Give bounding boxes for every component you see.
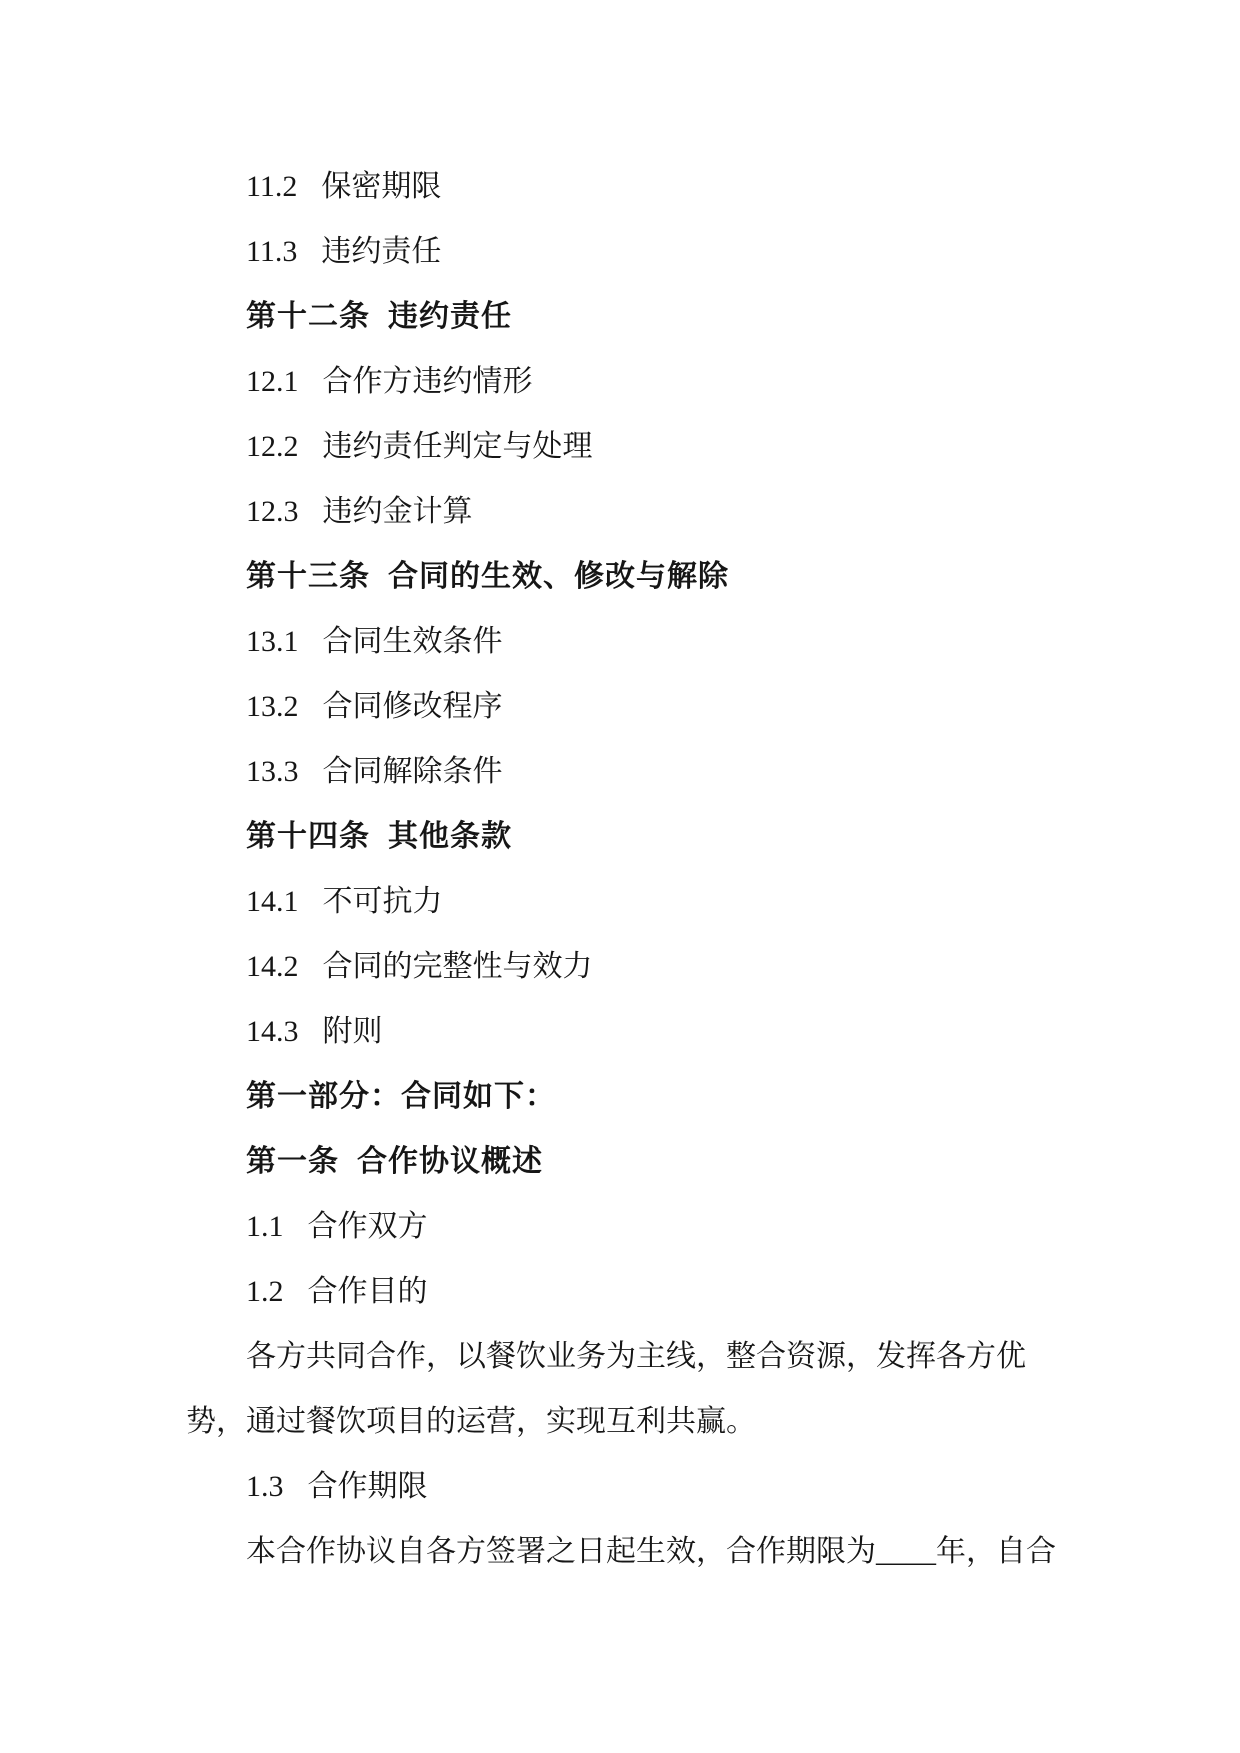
toc-item: 13.3合同解除条件 <box>186 739 1054 804</box>
item-label: 保密期限 <box>321 170 441 203</box>
heading-number: 第十四条 <box>246 819 370 854</box>
document-content: 11.2保密期限11.3违约责任第十二条违约责任12.1合作方违约情形12.2违… <box>186 154 1054 1584</box>
toc-item: 14.3附则 <box>186 999 1054 1064</box>
heading-label: 合同的生效、修改与解除 <box>388 559 729 594</box>
item-number: 12.2 <box>246 430 299 463</box>
heading-label: 违约责任 <box>388 299 512 334</box>
item-number: 14.1 <box>246 885 299 918</box>
item-label: 合同的完整性与效力 <box>323 950 593 983</box>
item-number: 13.1 <box>246 625 299 658</box>
toc-item: 14.1不可抗力 <box>186 869 1054 934</box>
item-label: 违约责任判定与处理 <box>323 430 593 463</box>
item-number: 1.3 <box>246 1470 284 1503</box>
heading-number: 第一条 <box>246 1144 339 1179</box>
section-heading: 第十三条合同的生效、修改与解除 <box>186 544 1054 609</box>
item-number: 13.2 <box>246 690 299 723</box>
item-label: 合作期限 <box>308 1470 428 1503</box>
item-number: 1.2 <box>246 1275 284 1308</box>
item-number: 13.3 <box>246 755 299 788</box>
paragraph-line: 本合作协议自各方签署之日起生效，合作期限为____年，自合 <box>186 1519 1054 1584</box>
toc-item: 14.2合同的完整性与效力 <box>186 934 1054 999</box>
toc-item: 12.1合作方违约情形 <box>186 349 1054 414</box>
toc-item: 13.2合同修改程序 <box>186 674 1054 739</box>
toc-item: 11.3违约责任 <box>186 219 1054 284</box>
item-label: 合同修改程序 <box>323 690 503 723</box>
toc-item: 11.2保密期限 <box>186 154 1054 219</box>
item-number: 1.1 <box>246 1210 284 1243</box>
heading-number: 第十三条 <box>246 559 370 594</box>
heading-label: 合作协议概述 <box>357 1144 543 1179</box>
toc-item: 12.3违约金计算 <box>186 479 1054 544</box>
section-heading: 第一部分：合同如下： <box>186 1064 1054 1129</box>
toc-item: 12.2违约责任判定与处理 <box>186 414 1054 479</box>
item-number: 11.2 <box>246 170 297 203</box>
item-label: 合作目的 <box>308 1275 428 1308</box>
toc-item: 1.2合作目的 <box>186 1259 1054 1324</box>
item-number: 14.2 <box>246 950 299 983</box>
item-number: 12.3 <box>246 495 299 528</box>
paragraph-line: 各方共同合作，以餐饮业务为主线，整合资源，发挥各方优 <box>186 1324 1054 1389</box>
section-heading: 第一条合作协议概述 <box>186 1129 1054 1194</box>
heading-number: 第十二条 <box>246 299 370 334</box>
section-heading: 第十四条其他条款 <box>186 804 1054 869</box>
heading-label: 其他条款 <box>388 819 512 854</box>
item-number: 11.3 <box>246 235 297 268</box>
document-page: 11.2保密期限11.3违约责任第十二条违约责任12.1合作方违约情形12.2违… <box>0 0 1240 1753</box>
toc-item: 13.1合同生效条件 <box>186 609 1054 674</box>
item-number: 12.1 <box>246 365 299 398</box>
item-label: 合同生效条件 <box>323 625 503 658</box>
item-number: 14.3 <box>246 1015 299 1048</box>
item-label: 合同解除条件 <box>323 755 503 788</box>
toc-item: 1.1合作双方 <box>186 1194 1054 1259</box>
item-label: 不可抗力 <box>323 885 443 918</box>
item-label: 附则 <box>323 1015 383 1048</box>
item-label: 合作双方 <box>308 1210 428 1243</box>
item-label: 违约责任 <box>321 235 441 268</box>
item-label: 合作方违约情形 <box>323 365 533 398</box>
item-label: 违约金计算 <box>323 495 473 528</box>
paragraph-line: 势，通过餐饮项目的运营，实现互利共赢。 <box>186 1389 1054 1454</box>
section-heading: 第十二条违约责任 <box>186 284 1054 349</box>
toc-item: 1.3合作期限 <box>186 1454 1054 1519</box>
